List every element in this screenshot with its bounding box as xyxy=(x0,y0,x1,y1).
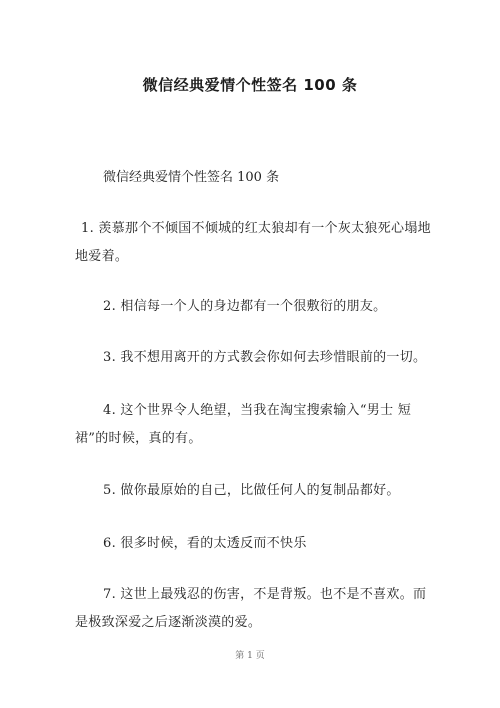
list-item: 2. 相信每一个人的身边都有一个很敷衍的朋友。 xyxy=(75,293,433,321)
list-item: 5. 做你最原始的自己，比做任何人的复制品都好。 xyxy=(75,477,433,505)
list-item: 6. 很多时候，看的太透反而不快乐 xyxy=(75,530,433,558)
document-page: 微信经典爱情个性签名 100 条 微信经典爱情个性签名 100 条 1. 羡慕那… xyxy=(0,0,500,708)
list-item: 3. 我不想用离开的方式教会你如何去珍惜眼前的一切。 xyxy=(75,344,433,372)
list-item: 1. 羡慕那个不倾国不倾城的红太狼却有一个灰太狼死心塌地地爱着。 xyxy=(75,215,433,271)
list-item: 7. 这世上最残忍的伤害，不是背叛。也不是不喜欢。而是极致深爱之后逐渐淡漠的爱。 xyxy=(75,581,433,637)
document-subtitle: 微信经典爱情个性签名 100 条 xyxy=(103,164,458,192)
page-number: 第 1 页 xyxy=(0,648,500,661)
document-title: 微信经典爱情个性签名 100 条 xyxy=(0,74,500,95)
list-item: 4. 这个世界令人绝望，当我在淘宝搜索输入“男士 短裙”的时候，真的有。 xyxy=(75,397,433,453)
